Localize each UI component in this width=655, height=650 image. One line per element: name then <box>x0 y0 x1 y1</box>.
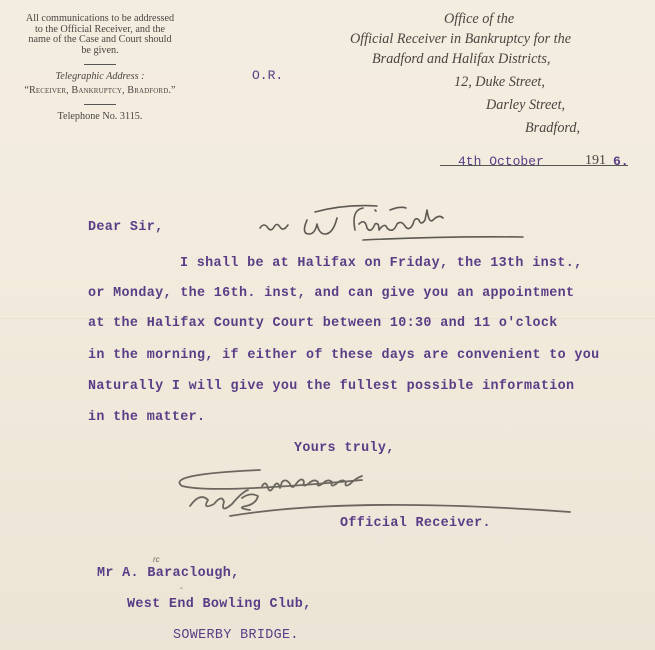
notice-divider <box>84 104 116 105</box>
notice-line: All communications to be addressed <box>10 14 190 25</box>
reference-code: O.R. <box>252 68 283 83</box>
office-line-3: Bradford and Halifax Districts, <box>372 50 550 69</box>
salutation: Dear Sir, <box>88 220 163 235</box>
body-line-4: in the morning, if either of these days … <box>88 348 600 363</box>
telegraphic-label: Telegraphic Address : <box>10 72 190 83</box>
notice-line: be given. <box>10 46 190 57</box>
letterhead-notice: All communications to be addressed to th… <box>10 14 190 123</box>
office-street: 12, Duke Street, <box>454 74 545 90</box>
body-line-2: or Monday, the 16th. inst, and can give … <box>88 286 574 301</box>
date-year-prefix: 191 <box>585 153 606 169</box>
telephone-number: Telephone No. 3115. <box>10 112 190 123</box>
body-line-5: Naturally I will give you the fullest po… <box>88 379 574 394</box>
office-line-1: Office of the <box>444 10 514 29</box>
signatory-title: Official Receiver. <box>340 516 491 531</box>
office-line-5: Darley Street, <box>486 96 565 115</box>
office-line-2: Official Receiver in Bankruptcy for the <box>350 30 571 49</box>
telegraphic-address: “Receiver, Bankruptcy, Bradford.” <box>10 86 190 97</box>
closing: Yours truly, <box>294 441 395 456</box>
recipient-name: Mr A. Baraclough, <box>97 566 240 581</box>
date-day-month: 4th October <box>458 154 544 169</box>
notice-divider <box>84 64 116 65</box>
office-line-4: 12, Duke Street, <box>454 73 545 92</box>
recipient-club: West End Bowling Club, <box>127 597 312 612</box>
recipient-town: SOWERBY BRIDGE. <box>173 628 299 643</box>
body-line-6: in the matter. <box>88 410 205 425</box>
body-line-3: at the Halifax County Court between 10:3… <box>88 316 558 331</box>
caret-mark: ‸ <box>180 580 183 589</box>
handwritten-reference <box>255 200 555 248</box>
office-line-6: Bradford, <box>525 119 580 138</box>
handwritten-correction: rc <box>153 555 160 564</box>
date-year-suffix: 6. <box>613 154 629 169</box>
body-line-1: I shall be at Halifax on Friday, the 13t… <box>180 256 583 271</box>
notice-line: name of the Case and Court should <box>10 35 190 46</box>
